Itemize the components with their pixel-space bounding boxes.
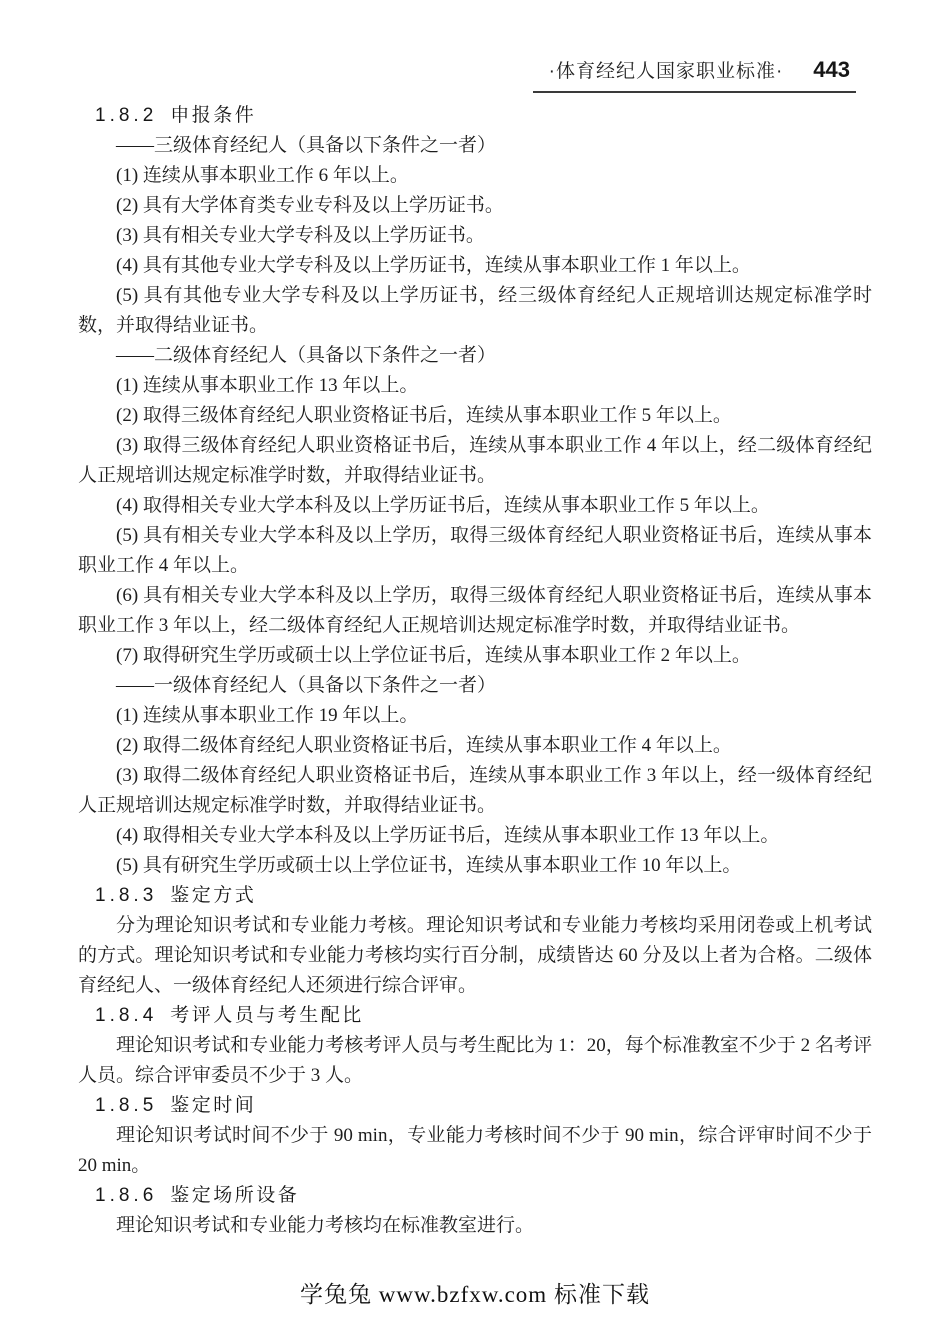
paragraph: 理论知识考试时间不少于 90 min，专业能力考核时间不少于 90 min，综合… [78, 1121, 872, 1181]
paragraph: (2) 具有大学体育类专业专科及以上学历证书。 [78, 191, 872, 221]
paragraph: (7) 取得研究生学历或硕士以上学位证书后，连续从事本职业工作 2 年以上。 [78, 641, 872, 671]
paragraph: (1) 连续从事本职业工作 6 年以上。 [78, 161, 872, 191]
section-number: 1.8.5 [95, 1095, 157, 1116]
section-heading: 1.8.2申报条件 [78, 101, 872, 131]
document-body: 1.8.2申报条件 ——三级体育经纪人（具备以下条件之一者） (1) 连续从事本… [78, 101, 872, 1241]
watermark-text: 学兔兔 www.bzfxw.com 标准下载 [300, 1282, 650, 1307]
section-number: 1.8.4 [95, 1005, 157, 1026]
section-heading: 1.8.6鉴定场所设备 [78, 1181, 872, 1211]
section-heading: 1.8.5鉴定时间 [78, 1091, 872, 1121]
document-page: ·体育经纪人国家职业标准·443 1.8.2申报条件 ——三级体育经纪人（具备以… [0, 0, 950, 1327]
paragraph: (1) 连续从事本职业工作 13 年以上。 [78, 371, 872, 401]
section-heading: 1.8.4考评人员与考生配比 [78, 1001, 872, 1031]
section-heading: 1.8.3鉴定方式 [78, 881, 872, 911]
paragraph: (5) 具有其他专业大学专科及以上学历证书，经三级体育经纪人正规培训达规定标准学… [78, 281, 872, 341]
paragraph: ——二级体育经纪人（具备以下条件之一者） [78, 341, 872, 371]
page-header: ·体育经纪人国家职业标准·443 [0, 0, 856, 93]
paragraph: (4) 具有其他专业大学专科及以上学历证书，连续从事本职业工作 1 年以上。 [78, 251, 872, 281]
section-title: 申报条件 [170, 105, 256, 126]
running-header: ·体育经纪人国家职业标准·443 [533, 56, 856, 93]
paragraph: ——三级体育经纪人（具备以下条件之一者） [78, 131, 872, 161]
page-footer: 学兔兔 www.bzfxw.com 标准下载 [0, 1276, 950, 1309]
paragraph: 理论知识考试和专业能力考核考评人员与考生配比为 1：20，每个标准教室不少于 2… [78, 1031, 872, 1091]
section-title: 鉴定方式 [170, 885, 256, 906]
section-number: 1.8.3 [95, 885, 157, 906]
section-title: 考评人员与考生配比 [170, 1005, 364, 1026]
paragraph: (3) 具有相关专业大学专科及以上学历证书。 [78, 221, 872, 251]
section-title: 鉴定场所设备 [170, 1185, 299, 1206]
section-number: 1.8.2 [95, 105, 157, 126]
page-number: 443 [813, 57, 850, 82]
paragraph: (4) 取得相关专业大学本科及以上学历证书后，连续从事本职业工作 5 年以上。 [78, 491, 872, 521]
paragraph: (6) 具有相关专业大学本科及以上学历，取得三级体育经纪人职业资格证书后，连续从… [78, 581, 872, 641]
paragraph: (3) 取得二级体育经纪人职业资格证书后，连续从事本职业工作 3 年以上，经一级… [78, 761, 872, 821]
paragraph: (5) 具有研究生学历或硕士以上学位证书，连续从事本职业工作 10 年以上。 [78, 851, 872, 881]
paragraph: 理论知识考试和专业能力考核均在标准教室进行。 [78, 1211, 872, 1241]
paragraph: (2) 取得三级体育经纪人职业资格证书后，连续从事本职业工作 5 年以上。 [78, 401, 872, 431]
running-header-title: ·体育经纪人国家职业标准· [549, 61, 784, 82]
paragraph: 分为理论知识考试和专业能力考核。理论知识考试和专业能力考核均采用闭卷或上机考试的… [78, 911, 872, 1001]
paragraph: (1) 连续从事本职业工作 19 年以上。 [78, 701, 872, 731]
paragraph: (5) 具有相关专业大学本科及以上学历，取得三级体育经纪人职业资格证书后，连续从… [78, 521, 872, 581]
section-number: 1.8.6 [95, 1185, 157, 1206]
paragraph: ——一级体育经纪人（具备以下条件之一者） [78, 671, 872, 701]
paragraph: (4) 取得相关专业大学本科及以上学历证书后，连续从事本职业工作 13 年以上。 [78, 821, 872, 851]
paragraph: (3) 取得三级体育经纪人职业资格证书后，连续从事本职业工作 4 年以上，经二级… [78, 431, 872, 491]
section-title: 鉴定时间 [170, 1095, 256, 1116]
paragraph: (2) 取得二级体育经纪人职业资格证书后，连续从事本职业工作 4 年以上。 [78, 731, 872, 761]
